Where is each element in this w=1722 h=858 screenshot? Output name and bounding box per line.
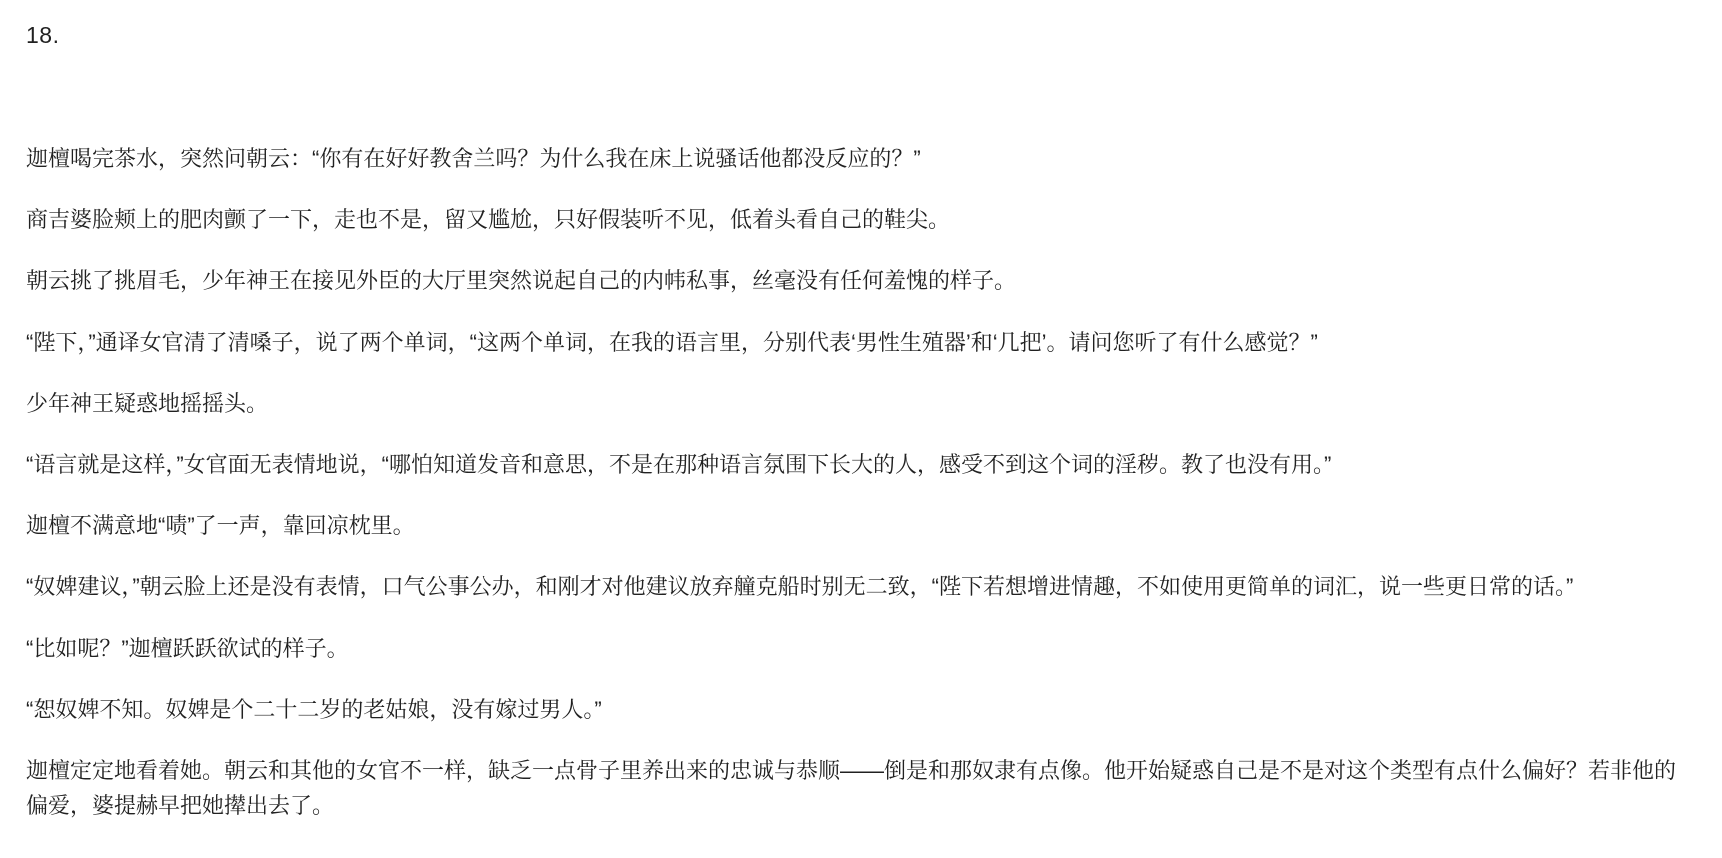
paragraph: 朝云挑了挑眉毛，少年神王在接见外臣的大厅里突然说起自己的内帏私事，丝毫没有任何羞…: [26, 263, 1696, 298]
paragraph-list: 迦檀喝完茶水，突然问朝云：“你有在好好教舍兰吗？为什么我在床上说骚话他都没反应的…: [26, 141, 1696, 823]
paragraph: “奴婢建议，”朝云脸上还是没有表情，口气公事公办，和刚才对他建议放弃艟克船时别无…: [26, 569, 1696, 604]
paragraph: 少年神王疑惑地摇摇头。: [26, 386, 1696, 421]
paragraph: 商吉婆脸颊上的肥肉颤了一下，走也不是，留又尴尬，只好假装听不见，低着头看自己的鞋…: [26, 202, 1696, 237]
paragraph: “比如呢？”迦檀跃跃欲试的样子。: [26, 631, 1696, 666]
chapter-number: 18.: [26, 22, 1696, 49]
paragraph: “语言就是这样，”女官面无表情地说，“哪怕知道发音和意思，不是在那种语言氛围下长…: [26, 447, 1696, 482]
paragraph: 迦檀定定地看着她。朝云和其他的女官不一样，缺乏一点骨子里养出来的忠诚与恭顺——倒…: [26, 753, 1696, 823]
paragraph: “恕奴婢不知。奴婢是个二十二岁的老姑娘，没有嫁过男人。”: [26, 692, 1696, 727]
paragraph: 迦檀喝完茶水，突然问朝云：“你有在好好教舍兰吗？为什么我在床上说骚话他都没反应的…: [26, 141, 1696, 176]
document-page: 18. 迦檀喝完茶水，突然问朝云：“你有在好好教舍兰吗？为什么我在床上说骚话他都…: [0, 0, 1722, 858]
paragraph: “陛下，”通译女官清了清嗓子，说了两个单词，“这两个单词，在我的语言里，分别代表…: [26, 325, 1696, 360]
paragraph: 迦檀不满意地“啧”了一声，靠回凉枕里。: [26, 508, 1696, 543]
